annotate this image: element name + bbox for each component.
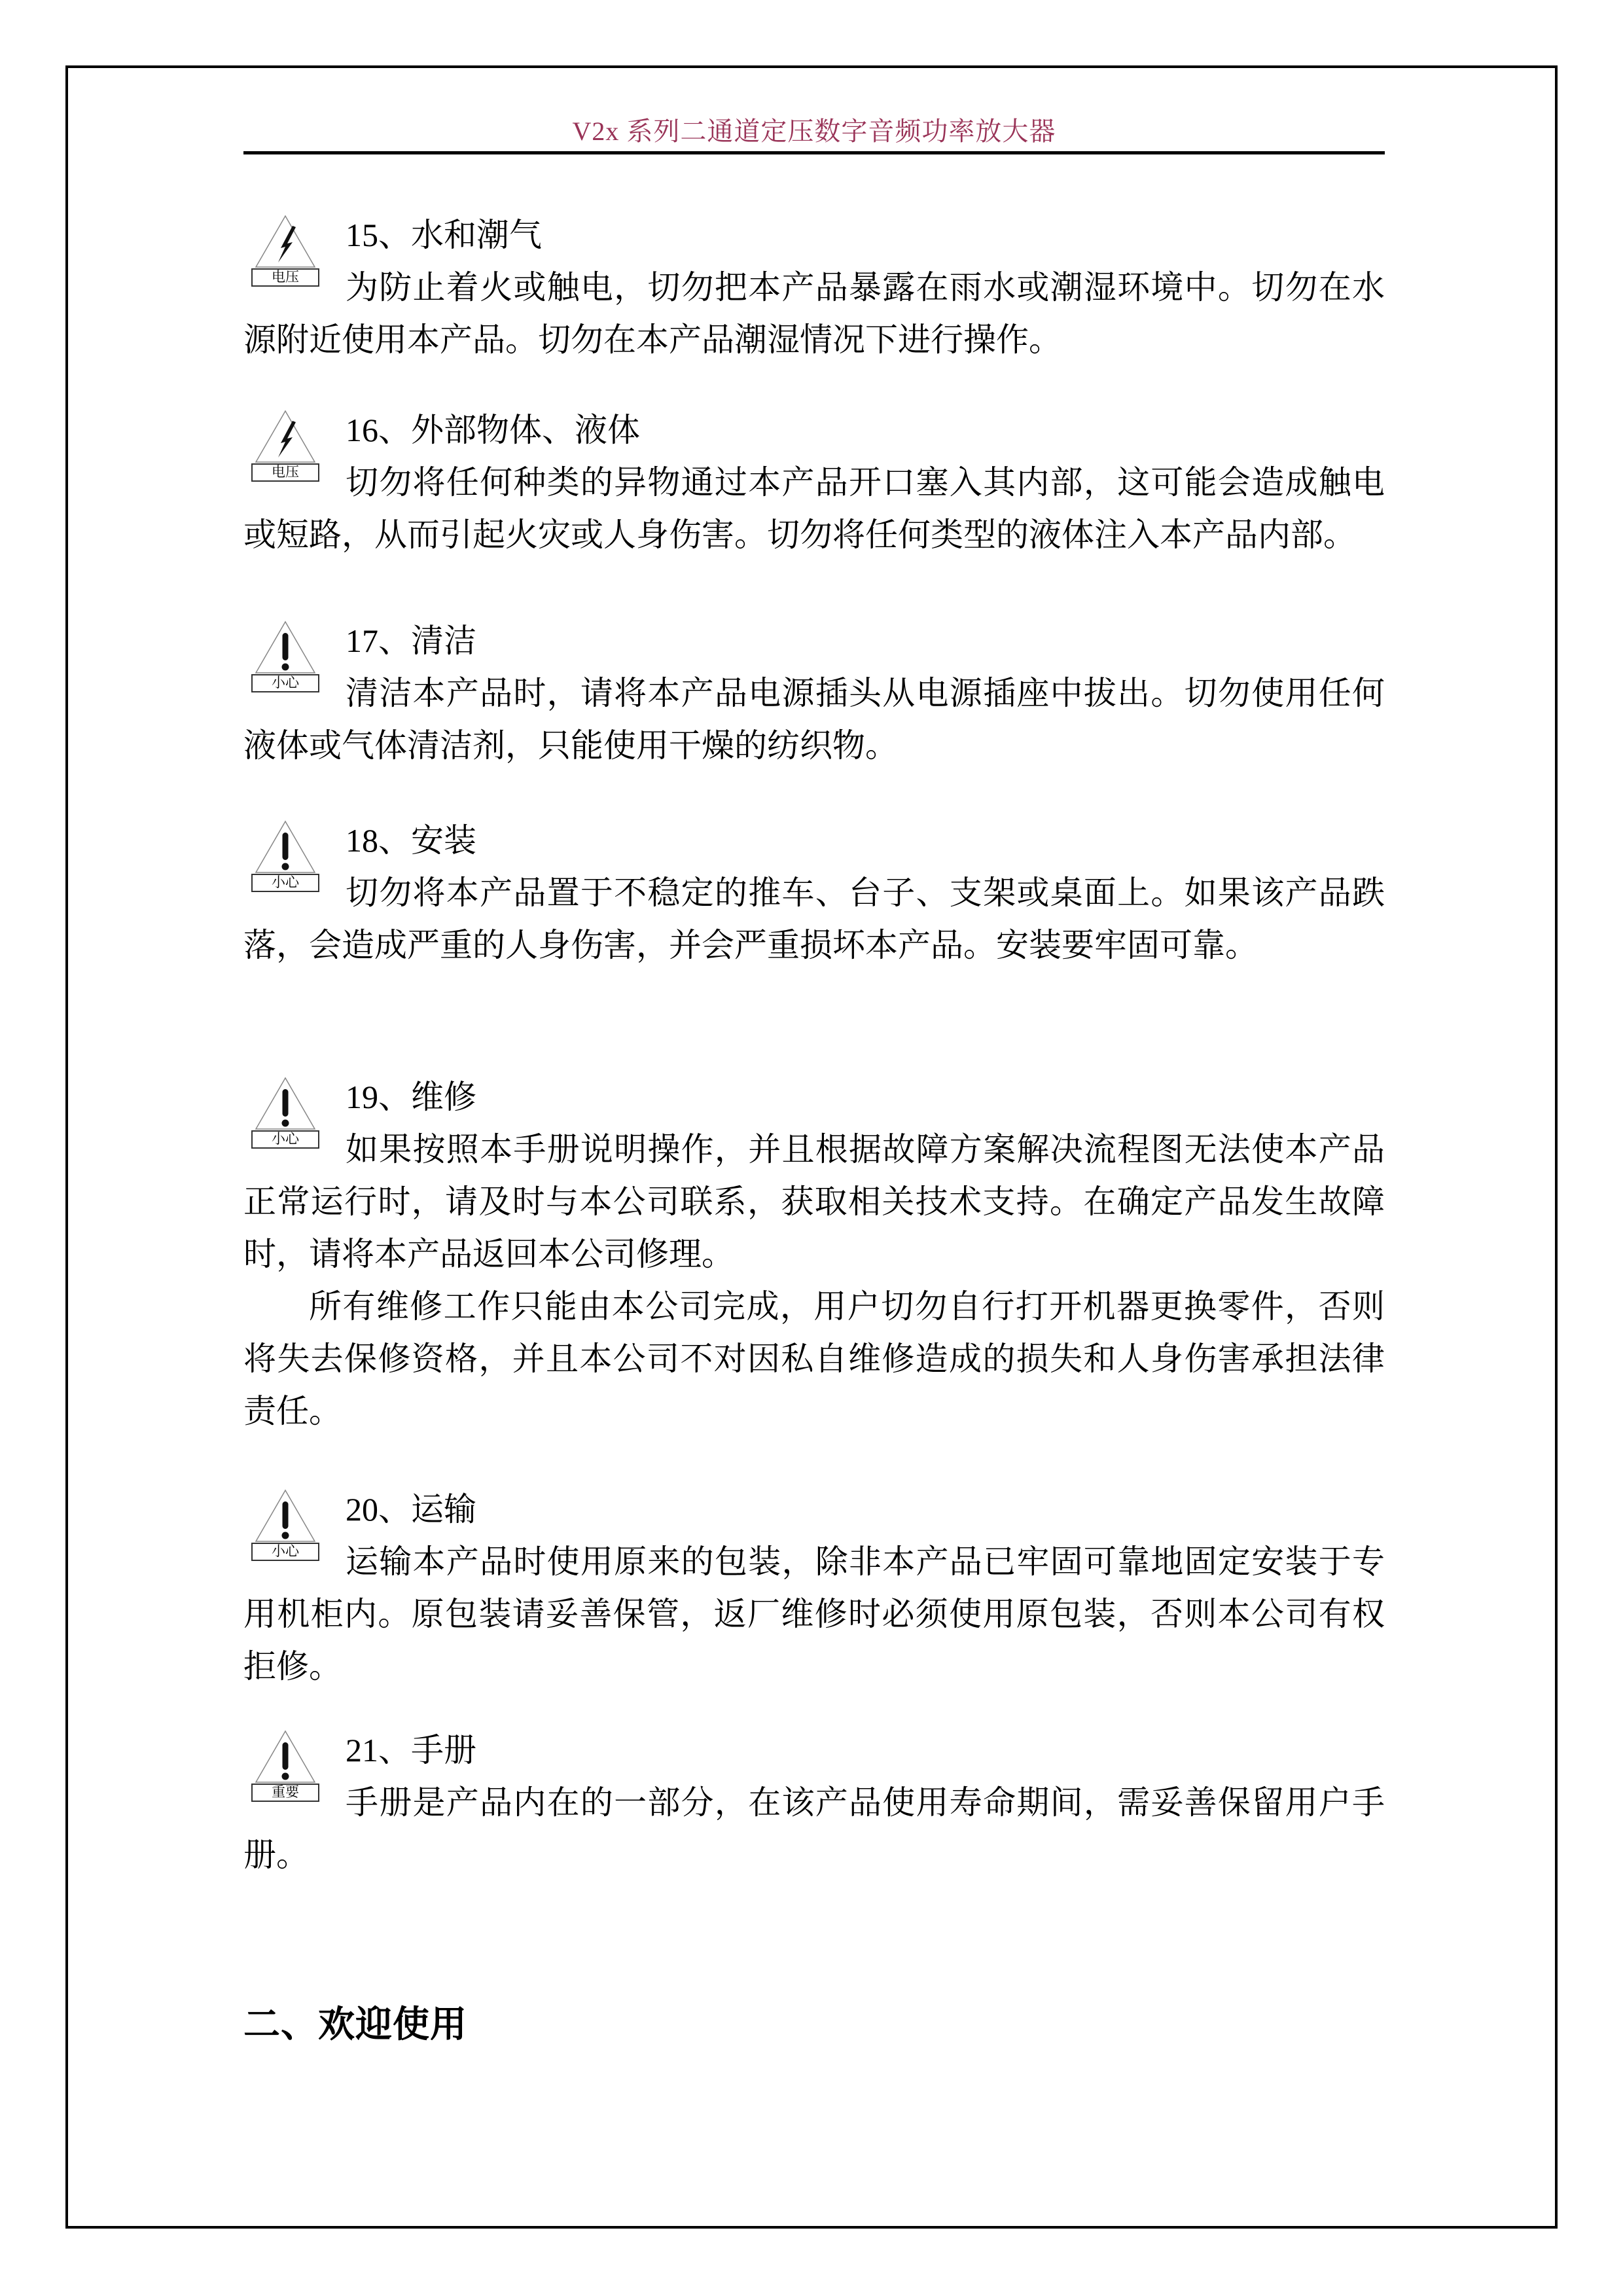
section-paragraph: 切勿将任何种类的异物通过本产品开口塞入其内部，这可能会造成触电或短路，从而引起火…: [243, 456, 1385, 561]
section-paragraph: 如果按照本手册说明操作，并且根据故障方案解决流程图无法使本产品正常运行时，请及时…: [243, 1123, 1385, 1280]
header-rule: [243, 151, 1385, 154]
icon-label-voltage: 电压: [251, 268, 319, 287]
icon-label-caution: 小心: [251, 1130, 319, 1149]
icon-label-caution: 小心: [251, 1543, 319, 1561]
section-paragraph: 切勿将本产品置于不稳定的推车、台子、支架或桌面上。如果该产品跌落，会造成严重的人…: [243, 867, 1385, 971]
section-paragraph: 清洁本产品时，请将本产品电源插头从电源插座中拔出。切勿使用任何液体或气体清洁剂，…: [243, 667, 1385, 772]
safety-section-17: 小心 17、清洁 清洁本产品时，请将本产品电源插头从电源插座中拔出。切勿使用任何…: [243, 615, 1385, 772]
caution-icon: 小心: [251, 1076, 319, 1149]
document-header-title: V2x 系列二通道定压数字音频功率放大器: [243, 117, 1385, 147]
icon-label-caution: 小心: [251, 674, 319, 692]
section-heading: 17、清洁: [243, 615, 1385, 667]
warning-triangle-exclamation: [254, 1488, 317, 1543]
safety-section-16: 电压 16、外部物体、液体 切勿将任何种类的异物通过本产品开口塞入其内部，这可能…: [243, 404, 1385, 561]
warning-triangle-exclamation: [254, 620, 317, 675]
warning-triangle-exclamation: [254, 1729, 317, 1784]
section-heading: 20、运输: [243, 1483, 1385, 1535]
section-paragraph: 为防止着火或触电，切勿把本产品暴露在雨水或潮湿环境中。切勿在水源附近使用本产品。…: [243, 261, 1385, 366]
section-heading: 19、维修: [243, 1071, 1385, 1123]
section-heading: 21、手册: [243, 1724, 1385, 1776]
warning-triangle-lightning: [254, 409, 317, 464]
page-border-frame: V2x 系列二通道定压数字音频功率放大器 电压 15、水和潮气 为防止着火或触电…: [65, 65, 1558, 2229]
section-paragraph: 手册是产品内在的一部分，在该产品使用寿命期间，需妥善保留用户手册。: [243, 1776, 1385, 1881]
safety-section-20: 小心 20、运输 运输本产品时使用原来的包装，除非本产品已牢固可靠地固定安装于专…: [243, 1483, 1385, 1693]
warning-triangle-exclamation: [254, 819, 317, 874]
safety-section-18: 小心 18、安装 切勿将本产品置于不稳定的推车、台子、支架或桌面上。如果该产品跌…: [243, 814, 1385, 971]
section-heading: 18、安装: [243, 814, 1385, 867]
warning-triangle-exclamation: [254, 1076, 317, 1131]
high-voltage-icon: 电压: [251, 409, 319, 482]
icon-label-important: 重要: [251, 1784, 319, 1802]
safety-section-21: 重要 21、手册 手册是产品内在的一部分，在该产品使用寿命期间，需妥善保留用户手…: [243, 1724, 1385, 1881]
caution-icon: 小心: [251, 1488, 319, 1561]
chapter-heading-welcome: 二、欢迎使用: [243, 2004, 467, 2046]
warning-triangle-lightning: [254, 214, 317, 269]
section-heading: 15、水和潮气: [243, 209, 1385, 261]
icon-label-caution: 小心: [251, 874, 319, 892]
section-paragraph: 运输本产品时使用原来的包装，除非本产品已牢固可靠地固定安装于专用机柜内。原包装请…: [243, 1535, 1385, 1693]
section-paragraph: 所有维修工作只能由本公司完成，用户切勿自行打开机器更换零件，否则将失去保修资格，…: [243, 1280, 1385, 1437]
caution-icon: 小心: [251, 620, 319, 692]
important-notice-icon: 重要: [251, 1729, 319, 1802]
section-heading: 16、外部物体、液体: [243, 404, 1385, 456]
icon-label-voltage: 电压: [251, 463, 319, 482]
high-voltage-icon: 电压: [251, 214, 319, 287]
safety-section-15: 电压 15、水和潮气 为防止着火或触电，切勿把本产品暴露在雨水或潮湿环境中。切勿…: [243, 209, 1385, 366]
caution-icon: 小心: [251, 819, 319, 892]
safety-section-19: 小心 19、维修 如果按照本手册说明操作，并且根据故障方案解决流程图无法使本产品…: [243, 1071, 1385, 1437]
